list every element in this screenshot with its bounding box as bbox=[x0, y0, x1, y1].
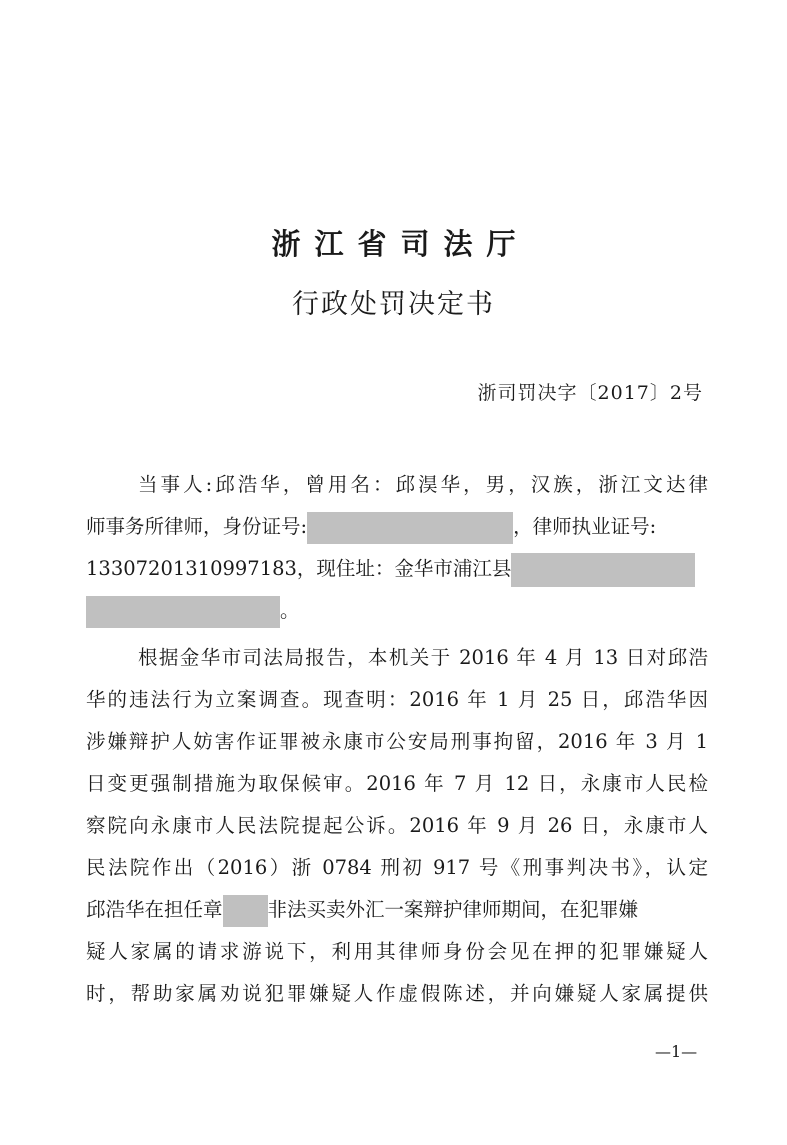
redaction-box-address bbox=[511, 553, 695, 587]
p2-line-6: 民法院作出（2016）浙 0784 刑初 917 号《刑事判决书》，认定 bbox=[86, 851, 708, 885]
p2-line-5: 察院向永康市人民法院提起公诉。2016 年 9 月 26 日，永康市人 bbox=[86, 809, 708, 843]
p2-line-7-text-a: 邱浩华在担任章 bbox=[86, 898, 223, 921]
p2-line-2: 华的违法行为立案调查。现查明：2016 年 1 月 25 日，邱浩华因 bbox=[86, 683, 708, 717]
document-number: 浙司罚决字〔2017〕2号 bbox=[478, 378, 703, 405]
p1-line-3: 13307201310997183，现住址：金华市浦江县 bbox=[86, 552, 708, 586]
p2-line-3: 涉嫌辩护人妨害作证罪被永康市公安局刑事拘留，2016 年 3 月 1 bbox=[86, 725, 708, 759]
issuer-title: 浙江省司法厅 bbox=[0, 222, 787, 263]
redaction-box-address-cont bbox=[86, 596, 280, 628]
p1-line-4-text: 。 bbox=[280, 599, 300, 622]
p2-line-4: 日变更强制措施为取保候审。2016 年 7 月 12 日，永康市人民检 bbox=[86, 767, 708, 801]
p1-line-2: 师事务所律师，身份证号:，律师执业证号: bbox=[86, 510, 708, 544]
p2-line-7: 邱浩华在担任章非法买卖外汇一案辩护律师期间，在犯罪嫌 bbox=[86, 893, 708, 927]
page-number: —1— bbox=[655, 1042, 697, 1061]
p1-line-4: 。 bbox=[86, 594, 708, 628]
p2-line-9: 时，帮助家属劝说犯罪嫌疑人作虚假陈述，并向嫌疑人家属提供 bbox=[86, 977, 708, 1011]
p2-line-8: 疑人家属的请求游说下，利用其律师身份会见在押的犯罪嫌疑人 bbox=[86, 935, 708, 969]
document-type-title: 行政处罚决定书 bbox=[0, 282, 787, 321]
p1-line-1: 当事人:邱浩华，曾用名：邱淏华，男，汉族，浙江文达律 bbox=[138, 468, 708, 502]
p1-line-3-text: 13307201310997183，现住址：金华市浦江县 bbox=[86, 557, 511, 580]
p1-line-2-text-b: ，律师执业证号: bbox=[513, 515, 656, 538]
redaction-box-name bbox=[223, 895, 268, 927]
p2-line-7-text-b: 非法买卖外汇一案辩护律师期间，在犯罪嫌 bbox=[268, 898, 639, 921]
p2-line-1: 根据金华市司法局报告，本机关于 2016 年 4 月 13 日对邱浩 bbox=[138, 641, 708, 675]
redaction-box-id-number bbox=[307, 512, 513, 544]
p1-line-2-text-a: 师事务所律师，身份证号: bbox=[86, 515, 307, 538]
